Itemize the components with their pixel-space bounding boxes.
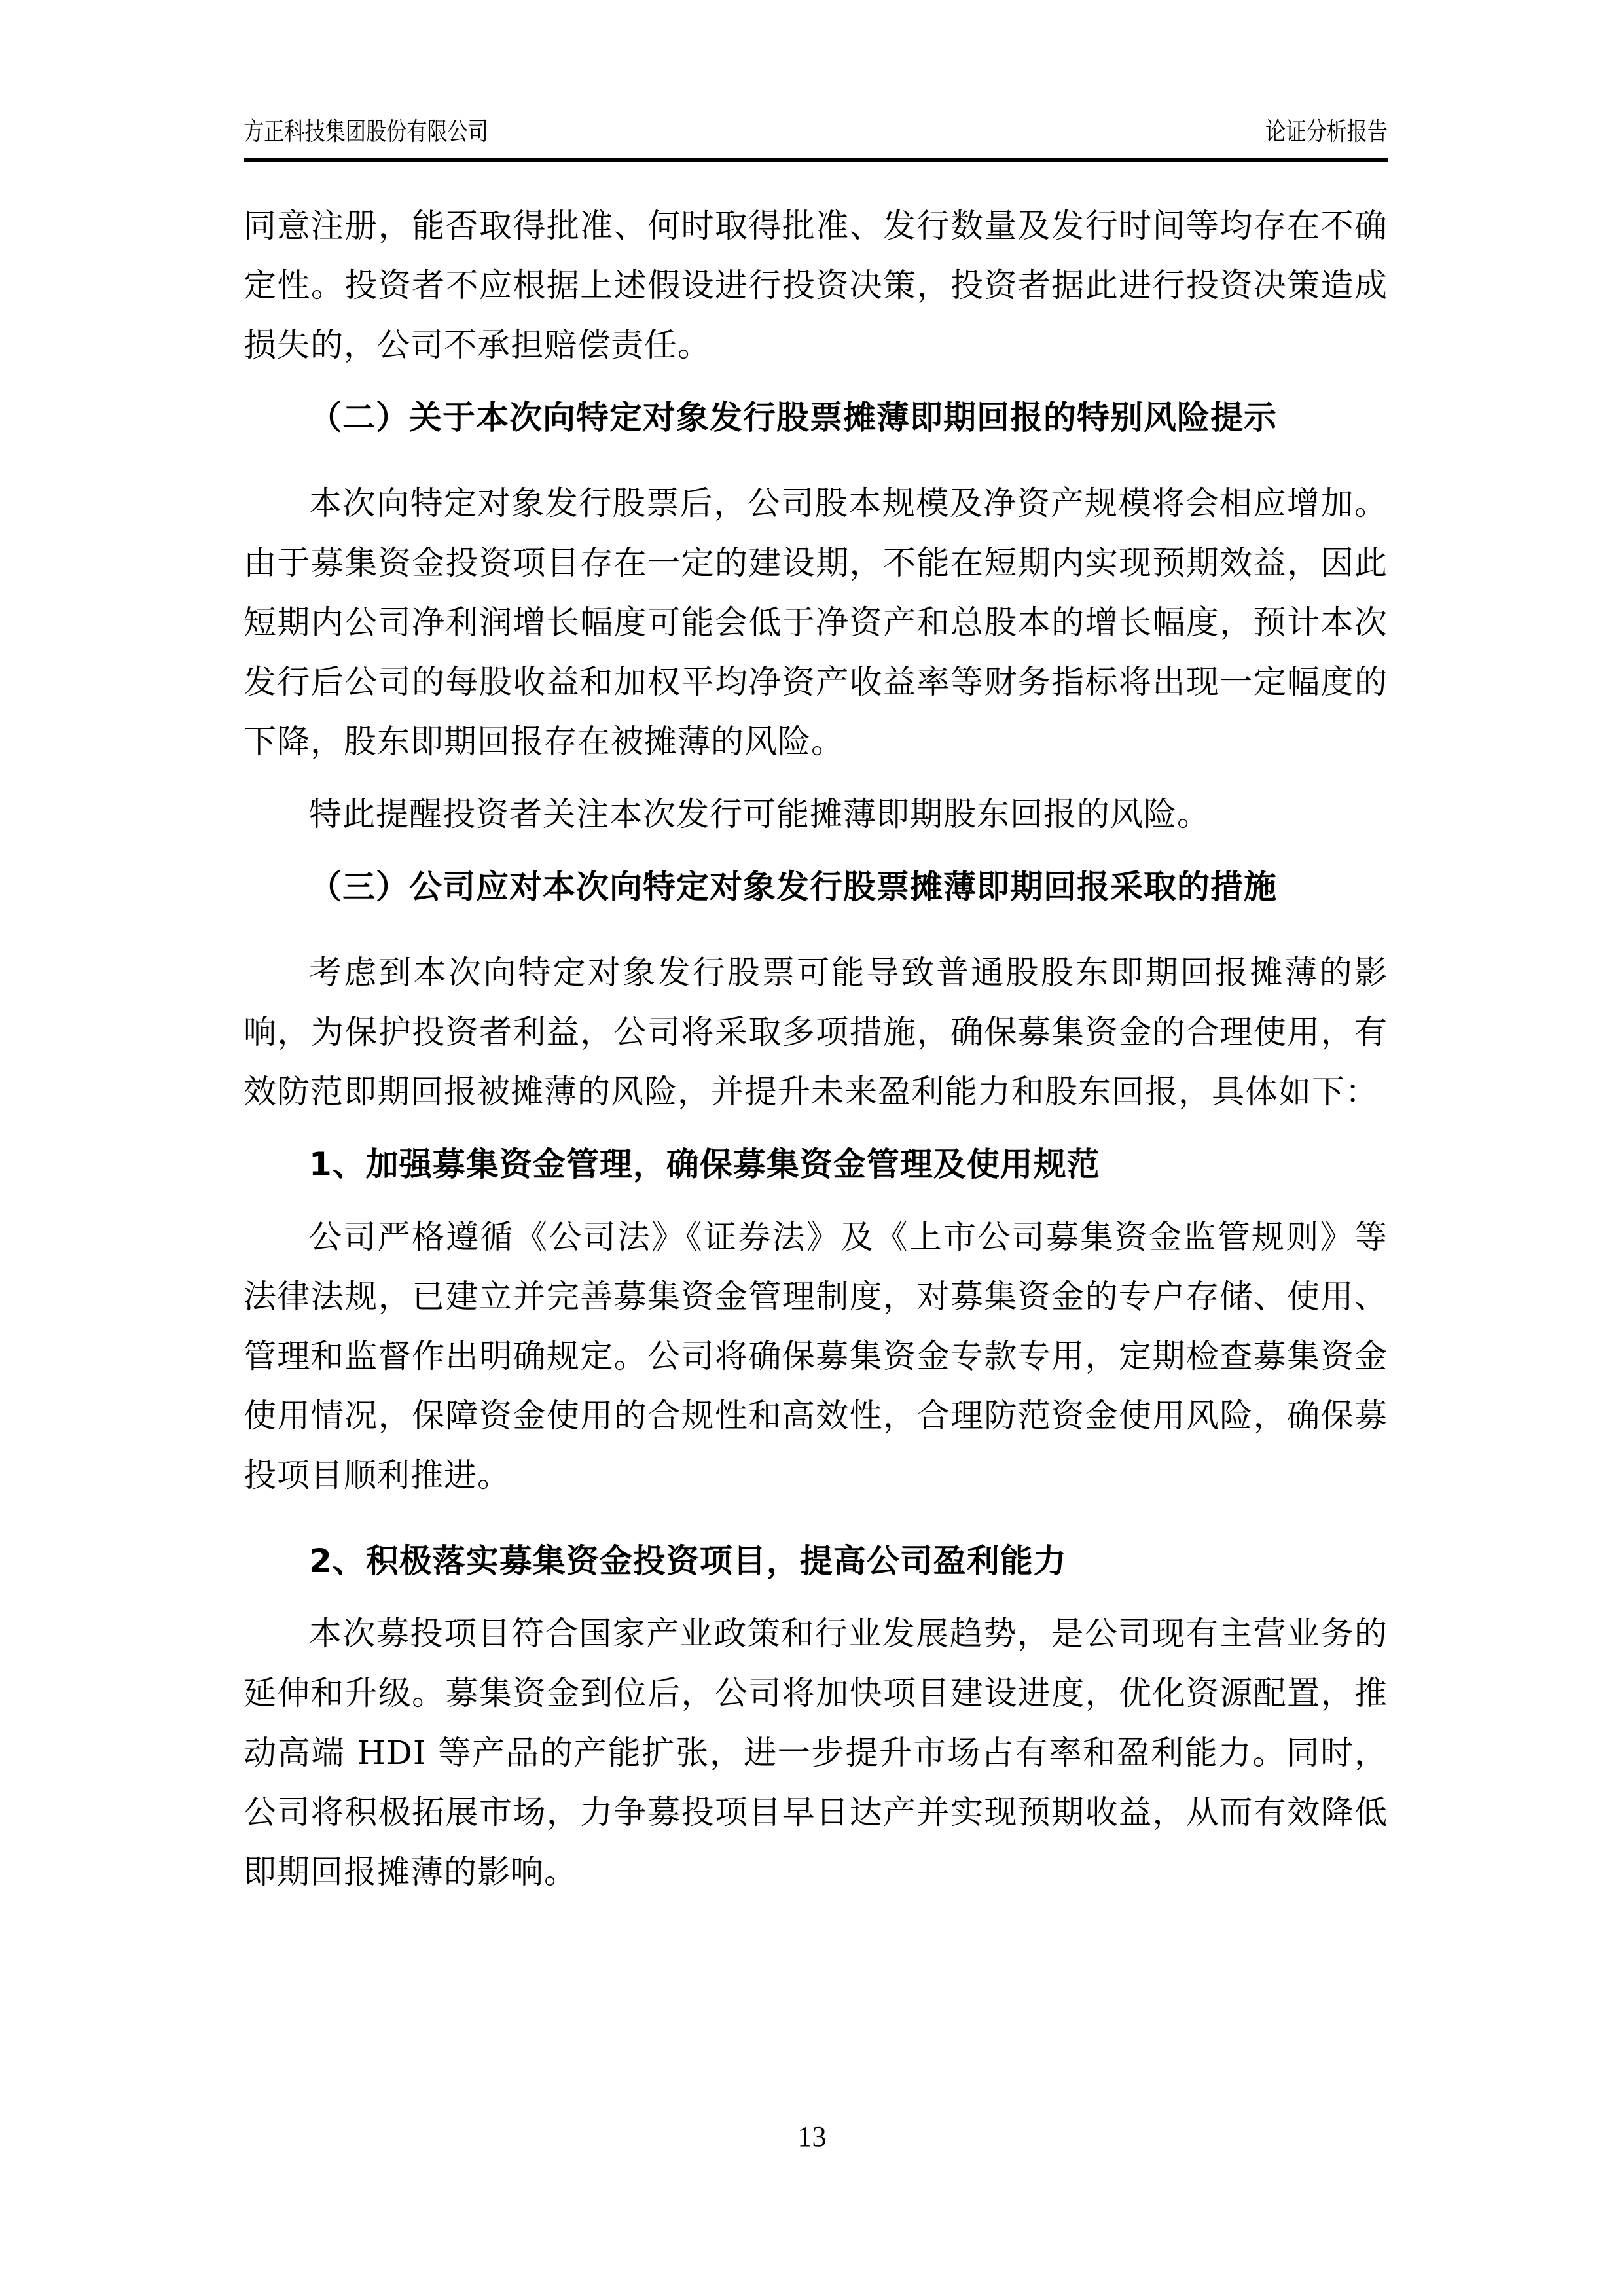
paragraph: 本次向特定对象发行股票后，公司股本规模及净资产规模将会相应增加。由于募集资金投资… (244, 474, 1388, 772)
header-document-type: 论证分析报告 (1265, 115, 1388, 148)
document-body: 同意注册，能否取得批准、何时取得批准、发行数量及发行时间等均存在不确定性。投资者… (244, 196, 1388, 1902)
paragraph: 本次募投项目符合国家产业政策和行业发展趋势，是公司现有主营业务的延伸和升级。募集… (244, 1604, 1388, 1902)
page-header: 方正科技集团股份有限公司 论证分析报告 (244, 111, 1388, 162)
subheading-item-2: 2、积极落实募集资金投资项目，提高公司盈利能力 (244, 1532, 1388, 1591)
subheading-item-1: 1、加强募集资金管理，确保募集资金管理及使用规范 (244, 1135, 1388, 1194)
section-heading-3: （三）公司应对本次向特定对象发行股票摊薄即期回报采取的措施 (244, 857, 1388, 917)
paragraph: 考虑到本次向特定对象发行股票可能导致普通股股东即期回报摊薄的影响，为保护投资者利… (244, 943, 1388, 1122)
paragraph: 特此提醒投资者关注本次发行可能摊薄即期股东回报的风险。 (244, 785, 1388, 844)
section-heading-2: （二）关于本次向特定对象发行股票摊薄即期回报的特别风险提示 (244, 388, 1388, 448)
paragraph: 公司严格遵循《公司法》《证券法》及《上市公司募集资金监管规则》等法律法规，已建立… (244, 1208, 1388, 1505)
header-company-name: 方正科技集团股份有限公司 (244, 115, 488, 148)
page-number: 13 (0, 2121, 1624, 2153)
paragraph-continued: 同意注册，能否取得批准、何时取得批准、发行数量及发行时间等均存在不确定性。投资者… (244, 196, 1388, 375)
